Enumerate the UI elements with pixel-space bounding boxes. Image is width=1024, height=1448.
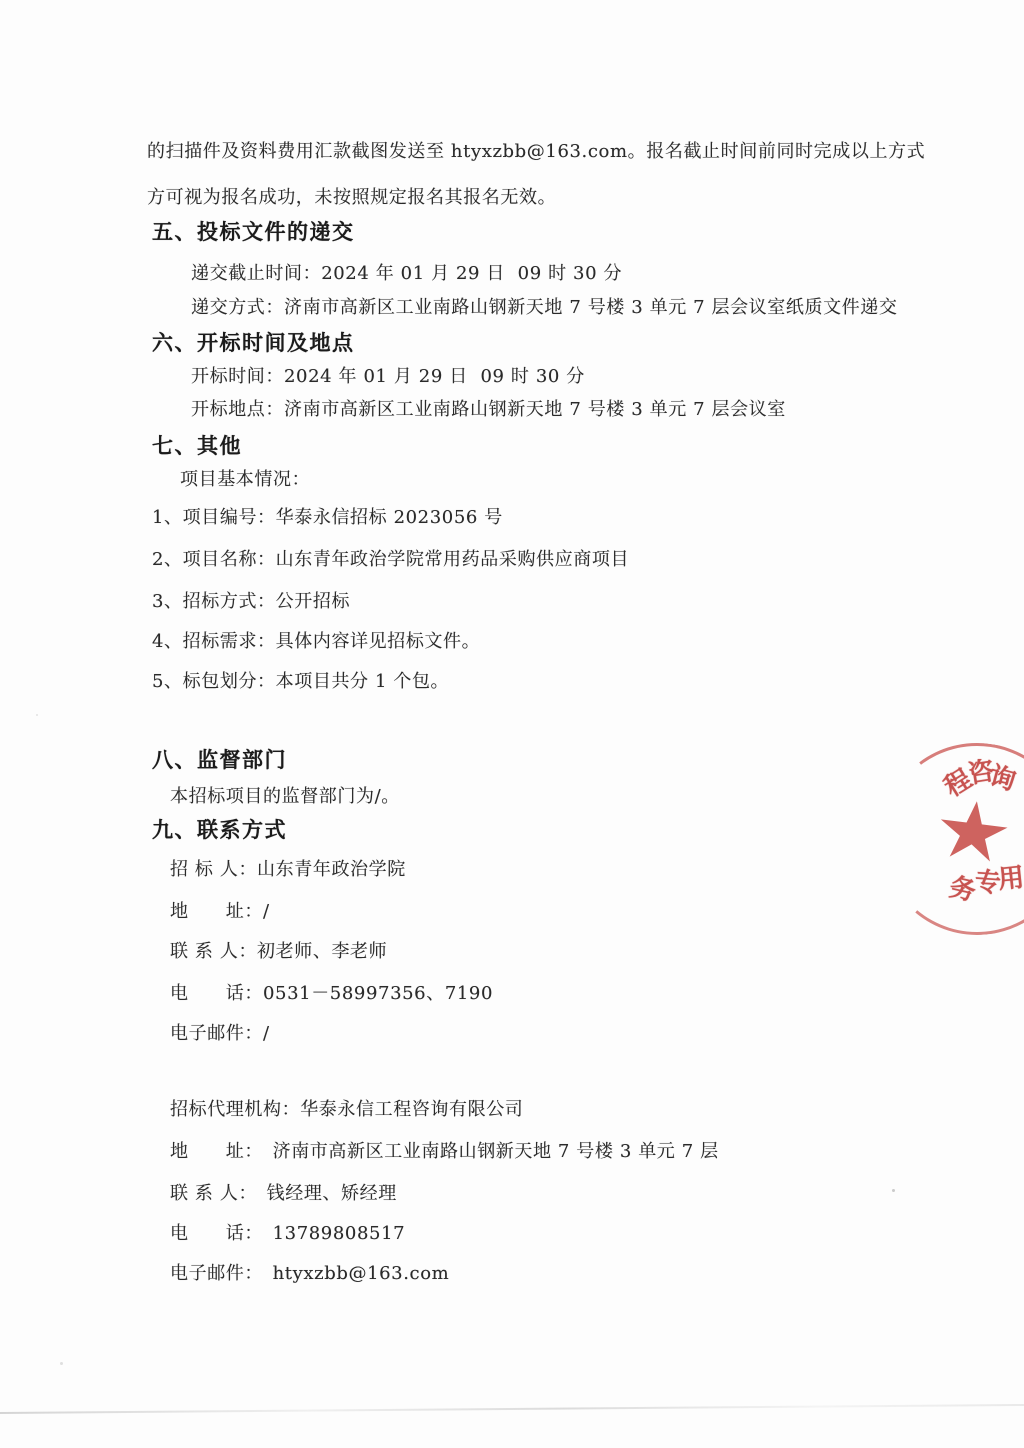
contact-row-phone: 电 话：0531－58997356、7190 — [170, 979, 493, 1005]
scan-speck — [892, 1189, 895, 1192]
agency-row-email: 电子邮件： htyxzbb@163.com — [170, 1259, 449, 1285]
scan-speck — [36, 714, 38, 716]
opening-place: 开标地点：济南市高新区工业南路山钢新天地 7 号楼 3 单元 7 层会议室 — [191, 395, 786, 421]
agency-row-name: 招标代理机构：华泰永信工程咨询有限公司 — [170, 1095, 523, 1121]
contact-row-tenderee: 招 标 人：山东青年政治学院 — [170, 855, 406, 881]
paragraph-line: 方可视为报名成功，未按照规定报名其报名无效。 — [147, 183, 556, 209]
supervision-body: 本招标项目的监督部门为/。 — [170, 782, 400, 808]
document-page: 的扫描件及资料费用汇款截图发送至 htyxzbb@163.com。报名截止时间前… — [0, 0, 1024, 1448]
agency-row-person: 联 系 人： 钱经理、矫经理 — [170, 1179, 397, 1205]
scan-artifact-line — [0, 1404, 1024, 1414]
submission-deadline: 递交截止时间：2024 年 01 月 29 日 09 时 30 分 — [191, 259, 622, 285]
list-item-project-name: 2、项目名称：山东青年政治学院常用药品采购供应商项目 — [152, 545, 629, 571]
list-item-project-number: 1、项目编号：华泰永信招标 2023056 号 — [152, 503, 503, 529]
list-item-lot-division: 5、标包划分：本项目共分 1 个包。 — [152, 667, 449, 693]
section-heading-supervision: 八、监督部门 — [152, 744, 287, 774]
section-heading-contact: 九、联系方式 — [152, 814, 287, 844]
section-heading-opening: 六、开标时间及地点 — [152, 327, 355, 357]
opening-time: 开标时间：2024 年 01 月 29 日 09 时 30 分 — [191, 362, 585, 388]
submission-method: 递交方式：济南市高新区工业南路山钢新天地 7 号楼 3 单元 7 层会议室纸质文… — [191, 293, 897, 319]
list-item-bid-requirement: 4、招标需求：具体内容详见招标文件。 — [152, 627, 480, 653]
seal-bottom-char: 用 — [996, 857, 1024, 897]
paragraph-line: 的扫描件及资料费用汇款截图发送至 htyxzbb@163.com。报名截止时间前… — [147, 137, 925, 163]
section-heading-submission: 五、投标文件的递交 — [152, 216, 355, 246]
contact-row-person: 联 系 人：初老师、李老师 — [170, 937, 387, 963]
project-basics-label: 项目基本情况： — [180, 465, 310, 491]
scan-speck — [60, 1362, 63, 1365]
agency-row-phone: 电 话： 13789808517 — [170, 1219, 405, 1245]
section-heading-other: 七、其他 — [152, 430, 242, 460]
list-item-bid-method: 3、招标方式：公开招标 — [152, 587, 350, 613]
contact-row-address: 地 址：/ — [170, 897, 270, 923]
contact-row-email: 电子邮件：/ — [170, 1019, 270, 1045]
agency-row-address: 地 址： 济南市高新区工业南路山钢新天地 7 号楼 3 单元 7 层 — [170, 1137, 719, 1163]
